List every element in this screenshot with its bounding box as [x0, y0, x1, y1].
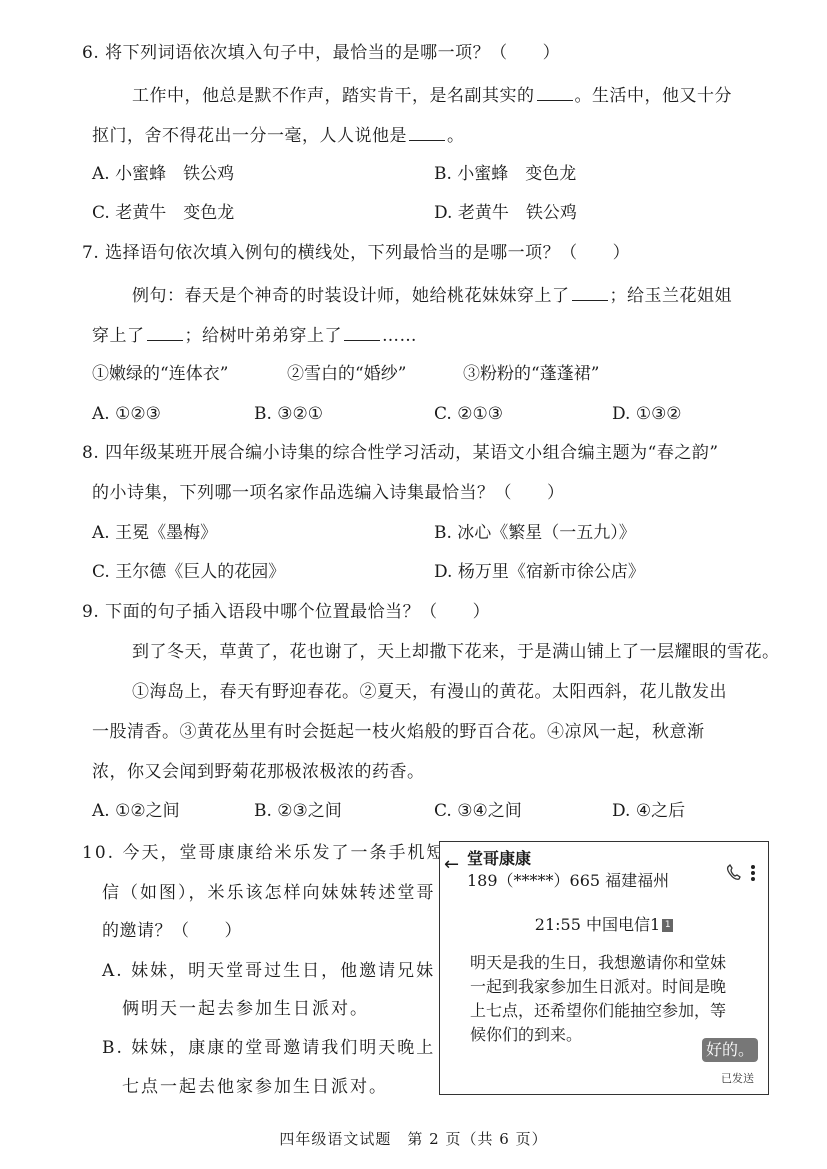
q7-example-text: 穿上了 [92, 326, 145, 346]
q6-option-d: D. 老黄牛 铁公鸡 [434, 202, 577, 224]
q7-phrase-1: ①嫩绿的“连体衣” [92, 363, 228, 385]
q8-option-c: C. 王尔德《巨人的花园》 [92, 561, 285, 583]
fill-blank [572, 284, 608, 301]
q10-stem-line3: 的邀请？（ ） [102, 920, 242, 942]
q8-stem-line1: 8. 四年级某班开展合编小诗集的综合性学习活动，某语文小组合编主题为“春之韵” [82, 442, 719, 464]
message-timestamp: 21:55 中国电信11 [440, 912, 768, 935]
q10-option-a-line1: A. 妹妹，明天堂哥过生日，他邀请兄妹 [102, 960, 435, 982]
fill-blank [147, 324, 183, 341]
q10-stem-line2: 信（如图），米乐该怎样向妹妹转述堂哥 [102, 882, 436, 904]
reply-bubble: 好的。 [702, 1038, 758, 1062]
q6-passage-text: 工作中，他总是默不作声，踏实肯干，是名副其实的 [132, 86, 535, 106]
time-carrier-text: 21:55 中国电信1 [535, 915, 660, 934]
q7-phrase-2: ②雪白的“婚纱” [287, 363, 406, 385]
q7-phrase-3: ③粉粉的“蓬蓬裙” [463, 363, 599, 385]
q10-stem-line1: 10. 今天，堂哥康康给米乐发了一条手机短 [82, 842, 445, 864]
q9-passage-line2: 一股清香。③黄花丛里有时会挺起一枝火焰般的野百合花。④凉风一起，秋意渐 [92, 721, 705, 743]
fill-blank [409, 124, 445, 141]
q8-stem-line2: 的小诗集，下列哪一项名家作品选编入诗集最恰当？（ ） [92, 482, 565, 504]
q9-passage-line1: ①海岛上，春天有野迎春花。②夏天，有漫山的黄花。太阳西斜，花儿散发出 [132, 681, 727, 703]
sent-status: 已发送 [721, 1070, 754, 1086]
q7-option-c: C. ②①③ [434, 403, 503, 425]
sim-card-icon: 1 [662, 919, 673, 932]
q7-stem: 7. 选择语句依次填入例句的横线处，下列最恰当的是哪一项？（ ） [82, 242, 630, 264]
sms-screenshot: ← 堂哥康康 189（*****）665 福建福州 21:55 中国电信11 明… [439, 841, 769, 1095]
q6-option-a: A. 小蜜蜂 铁公鸡 [92, 163, 234, 185]
page-footer: 四年级语文试题 第 2 页（共 6 页） [0, 1128, 827, 1149]
q6-stem: 6. 将下列词语依次填入句子中，最恰当的是哪一项？（ ） [82, 42, 560, 64]
more-options-icon [750, 864, 756, 882]
q9-passage-line3: 浓，你又会闻到野菊花那极浓极浓的药香。 [92, 761, 425, 783]
q6-passage-text: 抠门，舍不得花出一分一毫，人人说他是 [92, 126, 407, 146]
q7-example-text: 例句：春天是个神奇的时装设计师，她给桃花妹妹穿上了 [132, 286, 570, 306]
q9-option-a: A. ①②之间 [92, 800, 180, 822]
q9-sentence: 到了冬天，草黄了，花也谢了，天上却撒下花来，于是满山铺上了一层耀眼的雪花。 [132, 641, 780, 663]
q6-passage-text: 。生活中，他又十分 [575, 86, 733, 106]
q9-option-d: D. ④之后 [612, 800, 685, 822]
q6-option-c: C. 老黄牛 变色龙 [92, 202, 234, 224]
q7-option-b: B. ③②① [254, 403, 323, 425]
q7-example-text: ；给玉兰花姐姐 [610, 286, 733, 306]
contact-number: 189（*****）665 福建福州 [467, 868, 669, 891]
q10-option-b-line2: 七点一起去他家参加生日派对。 [122, 1076, 388, 1098]
q9-stem: 9. 下面的句子插入语段中哪个位置最恰当？（ ） [82, 601, 490, 623]
q7-example-line2: 穿上了；给树叶弟弟穿上了…… [92, 324, 417, 347]
q7-example-text: ；给树叶弟弟穿上了 [185, 326, 343, 346]
contact-name: 堂哥康康 [467, 846, 531, 869]
q6-passage-text: 。 [447, 126, 465, 146]
message-body: 明天是我的生日，我想邀请你和堂妹一起到我家参加生日派对。时间是晚上七点，还希望你… [470, 951, 740, 1047]
q6-passage-line1: 工作中，他总是默不作声，踏实肯干，是名副其实的。生活中，他又十分 [132, 84, 732, 107]
q8-option-a: A. 王冕《墨梅》 [92, 522, 217, 544]
fill-blank [344, 324, 380, 341]
q7-option-a: A. ①②③ [92, 403, 161, 425]
q8-option-b: B. 冰心《繁星（一五九）》 [434, 522, 636, 544]
q7-example-text: …… [382, 326, 417, 346]
q10-option-a-line2: 俩明天一起去参加生日派对。 [122, 998, 369, 1020]
q6-passage-line2: 抠门，舍不得花出一分一毫，人人说他是。 [92, 124, 465, 147]
q6-option-b: B. 小蜜蜂 变色龙 [434, 163, 576, 185]
back-arrow-icon: ← [444, 856, 459, 874]
q9-option-b: B. ②③之间 [254, 800, 342, 822]
q8-option-d: D. 杨万里《宿新市徐公店》 [434, 561, 645, 583]
q9-option-c: C. ③④之间 [434, 800, 522, 822]
phone-call-icon [726, 864, 742, 882]
q7-option-d: D. ①③② [612, 403, 682, 425]
fill-blank [537, 84, 573, 101]
q7-example-line1: 例句：春天是个神奇的时装设计师，她给桃花妹妹穿上了；给玉兰花姐姐 [132, 284, 732, 307]
q10-option-b-line1: B. 妹妹，康康的堂哥邀请我们明天晚上 [102, 1037, 435, 1059]
